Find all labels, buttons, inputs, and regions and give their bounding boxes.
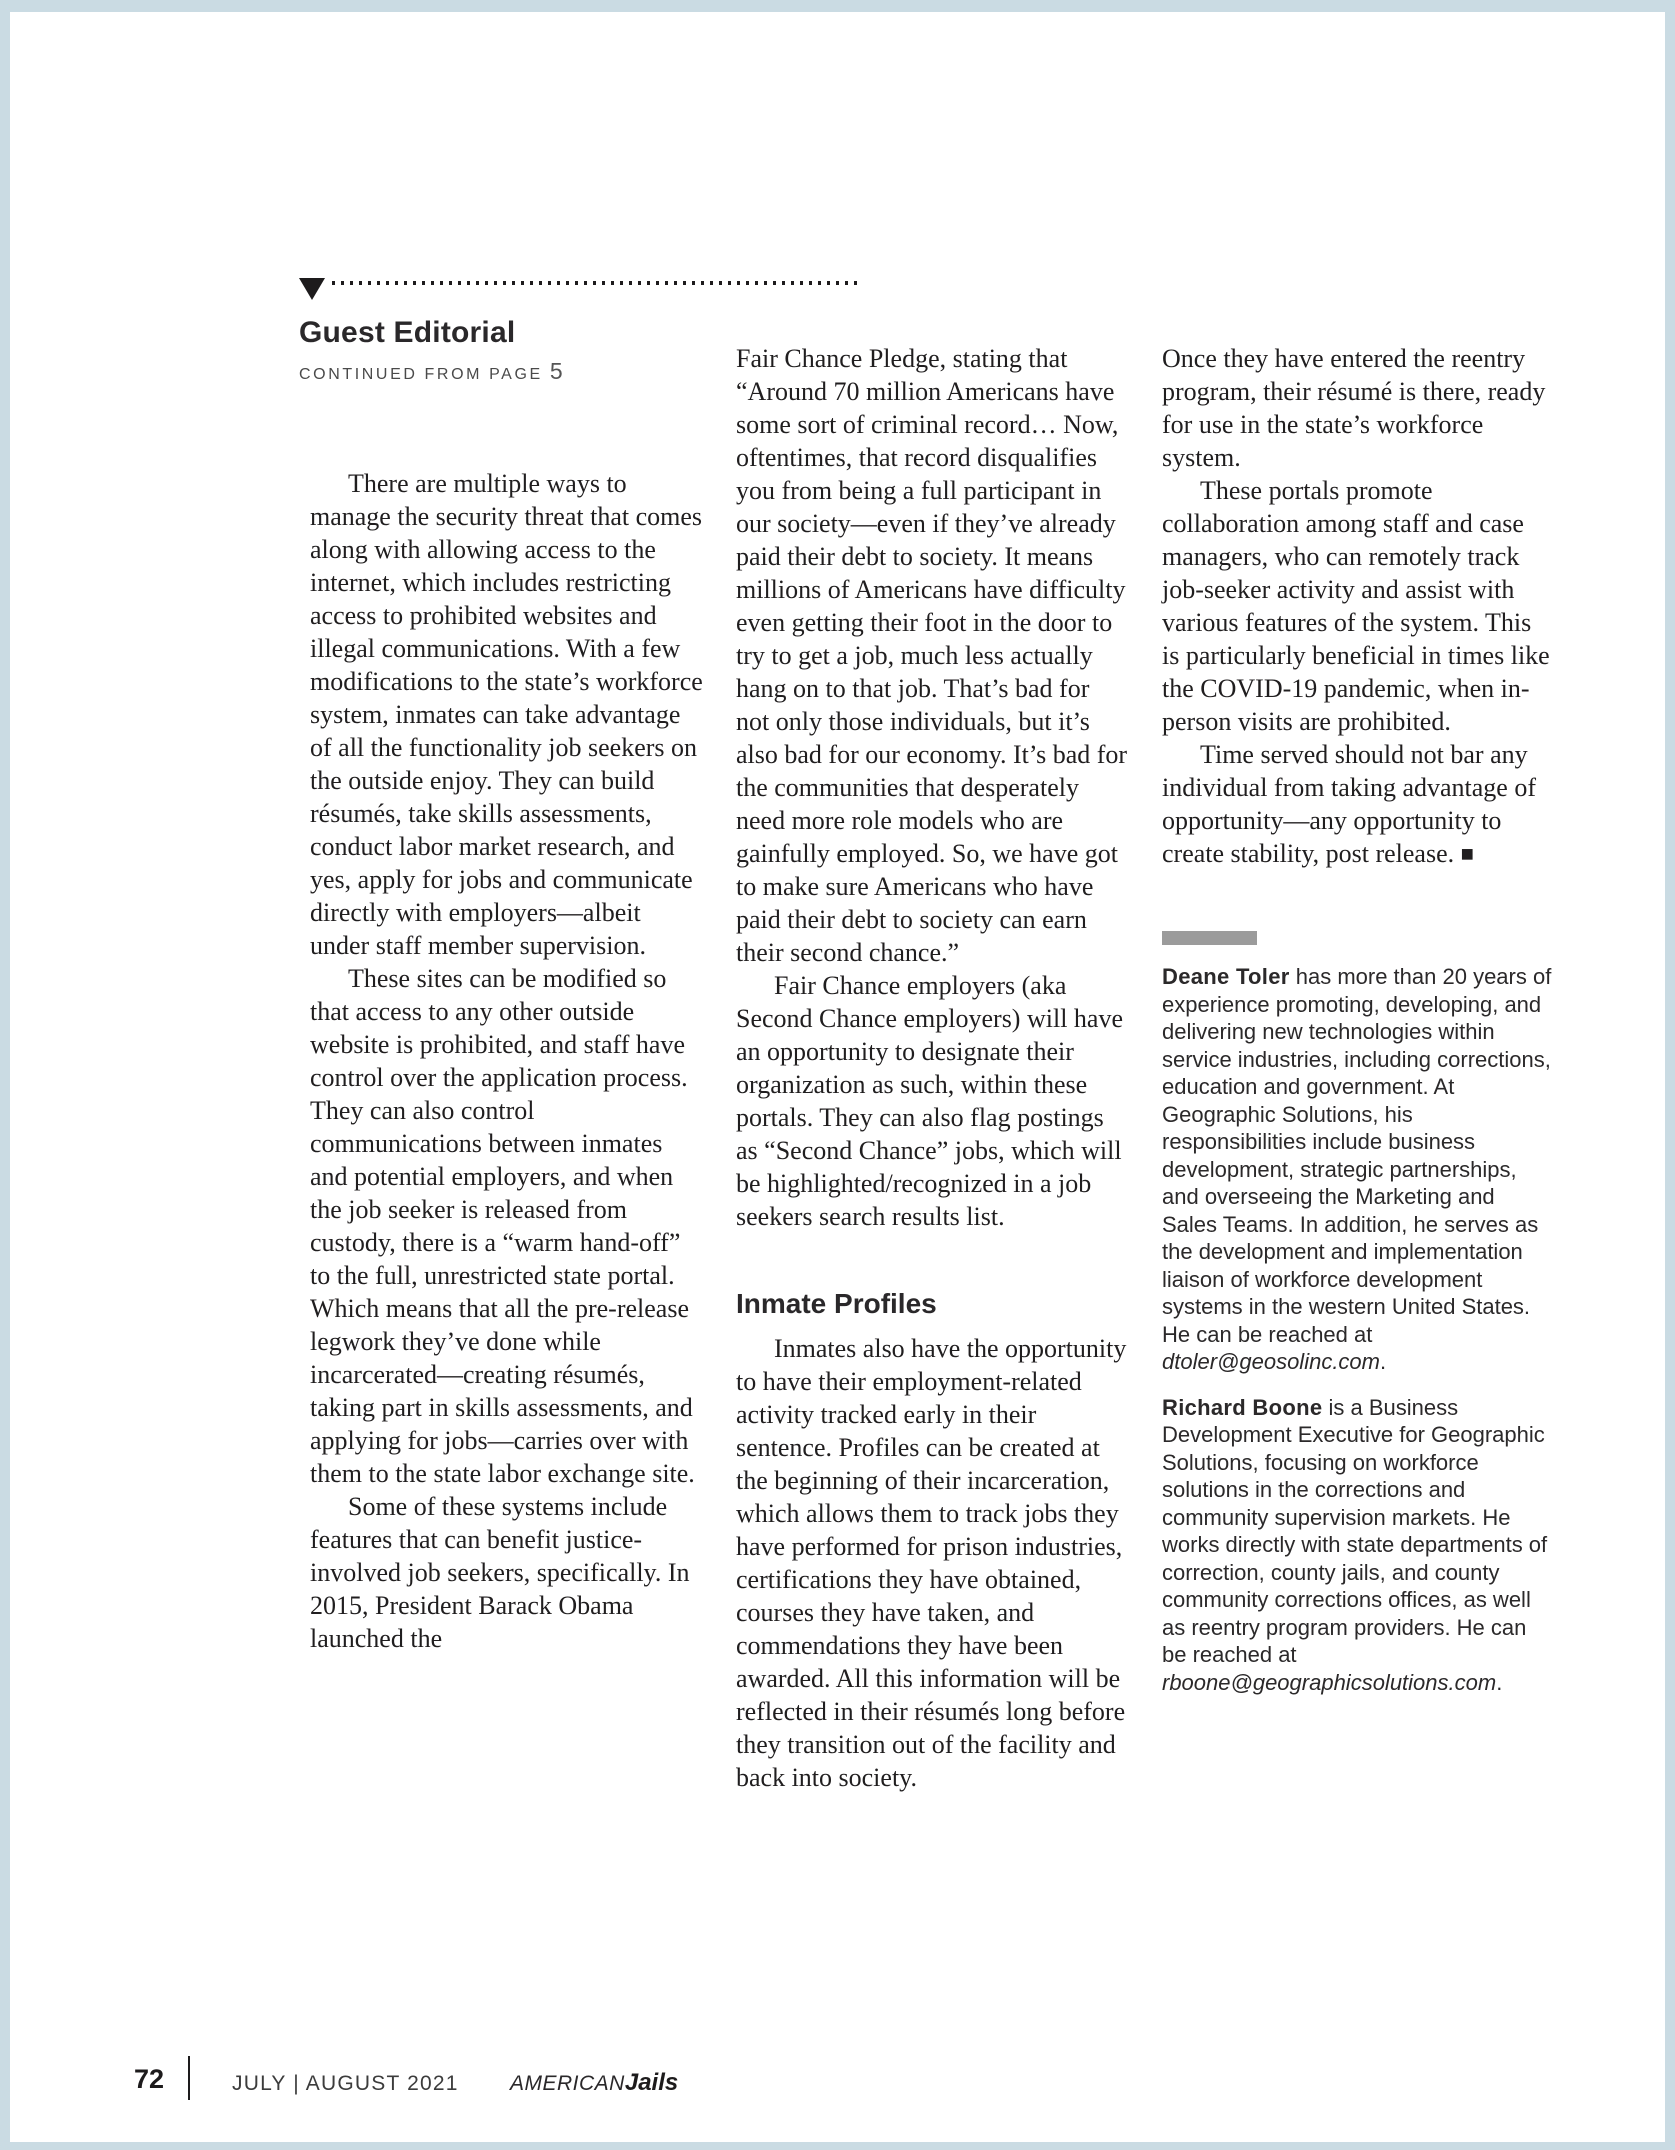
end-of-article-mark: ■ [1461, 841, 1474, 866]
paragraph: Fair Chance employers (aka Second Chance… [736, 969, 1129, 1233]
bio-divider-bar [1162, 931, 1257, 945]
magazine-title-jails: Jails [625, 2069, 678, 2096]
page-surface: Guest Editorial CONTINUED FROM PAGE 5 Th… [10, 12, 1665, 2142]
section-marker-row [299, 278, 860, 300]
magazine-page: Guest Editorial CONTINUED FROM PAGE 5 Th… [0, 0, 1675, 2150]
bio-period: . [1496, 1670, 1502, 1695]
column-1: There are multiple ways to manage the se… [310, 342, 703, 1794]
author-bio: Richard Boone is a Business Development … [1162, 1394, 1555, 1697]
page-number: 72 [134, 2064, 164, 2095]
paragraph: Some of these systems include features t… [310, 1490, 703, 1655]
magazine-title: AMERICANJails [510, 2069, 678, 2097]
triangle-down-icon [299, 278, 325, 300]
column-3: Once they have entered the reentry progr… [1162, 342, 1555, 1794]
bio-text: is a Business Development Executive for … [1162, 1395, 1547, 1668]
paragraph: Fair Chance Pledge, stating that “Around… [736, 342, 1129, 969]
bio-text: has more than 20 years of experience pro… [1162, 964, 1551, 1347]
paragraph: Once they have entered the reentry progr… [1162, 342, 1555, 474]
author-email: dtoler@geosolinc.com [1162, 1349, 1380, 1374]
inmate-profiles-subhead: Inmate Profiles [736, 1288, 1129, 1320]
paragraph: These portals promote collaboration amon… [1162, 474, 1555, 738]
dotted-rule [332, 281, 860, 285]
bio-period: . [1380, 1349, 1386, 1374]
closing-paragraph: Time served should not bar any individua… [1162, 738, 1555, 871]
magazine-title-american: AMERICAN [510, 2072, 625, 2095]
paragraph: Inmates also have the opportunity to hav… [736, 1332, 1129, 1794]
article-columns: There are multiple ways to manage the se… [310, 342, 1555, 1794]
paragraph: There are multiple ways to manage the se… [310, 467, 703, 962]
author-email: rboone@geographicsolutions.com [1162, 1670, 1496, 1695]
closing-text: Time served should not bar any individua… [1162, 740, 1536, 868]
author-name: Richard Boone [1162, 1395, 1322, 1420]
issue-date: JULY | AUGUST 2021 [232, 2072, 459, 2096]
author-name: Deane Toler [1162, 964, 1290, 989]
author-bio: Deane Toler has more than 20 years of ex… [1162, 963, 1555, 1376]
paragraph: These sites can be modified so that acce… [310, 962, 703, 1490]
column-2: Fair Chance Pledge, stating that “Around… [736, 342, 1129, 1794]
footer-divider [188, 2056, 190, 2100]
